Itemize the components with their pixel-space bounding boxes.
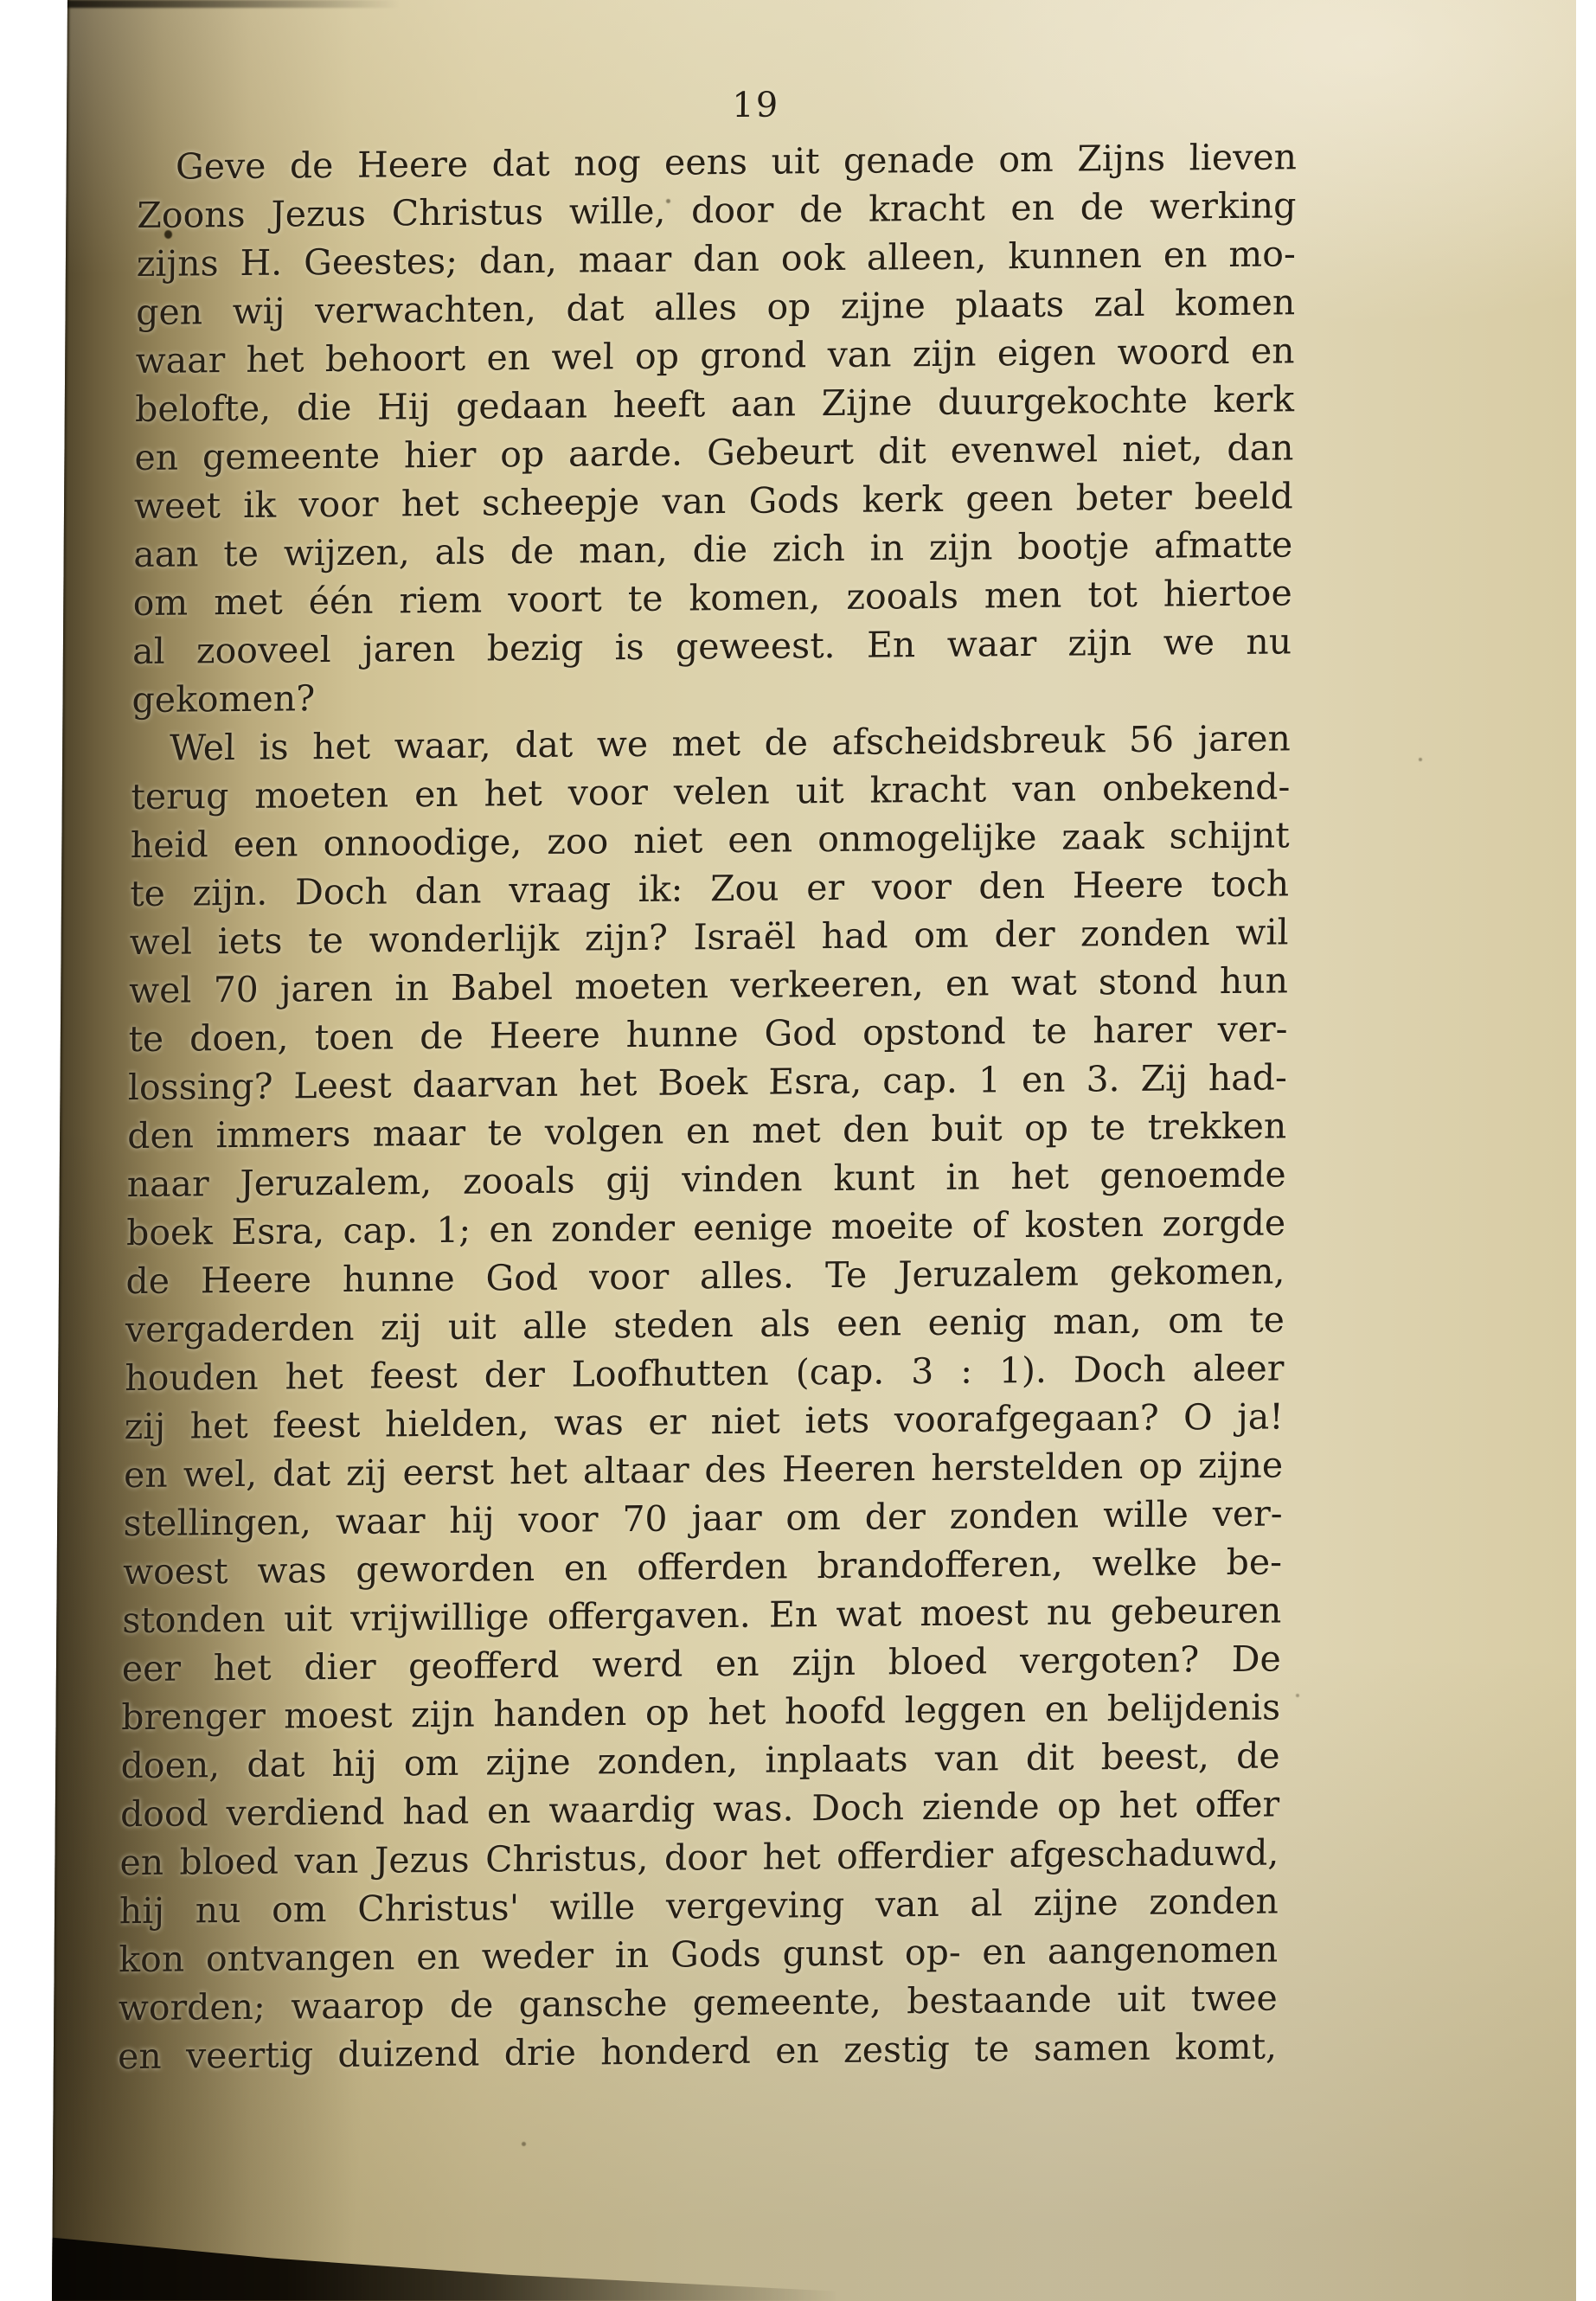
paragraph: Wel is het waar, dat we met de afscheids…: [118, 714, 1291, 2080]
page-edge-line: [50, 0, 69, 2301]
scanner-bed: 19 Geve de Heere dat nog eens uit genade…: [0, 0, 1596, 2301]
body-text: Geve de Heere dat nog eens uit genade om…: [118, 132, 1297, 2080]
bottom-scan-shadow: [50, 2232, 837, 2301]
ink-speck: [1296, 1694, 1299, 1697]
text-line: en veertig duizend drie honderd en zesti…: [118, 2022, 1278, 2081]
ink-speck: [522, 2142, 526, 2146]
paragraph: Geve de Heere dat nog eens uit genade om…: [131, 132, 1297, 724]
ink-speck: [1419, 758, 1422, 761]
text-column: 19 Geve de Heere dat nog eens uit genade…: [118, 76, 1298, 2080]
book-page: 19 Geve de Heere dat nog eens uit genade…: [50, 0, 1576, 2301]
page-number: 19: [176, 76, 1336, 135]
text-line: al zooveel jaren bezig is geweest. En wa…: [132, 617, 1292, 676]
top-edge-shadow: [62, 0, 400, 8]
